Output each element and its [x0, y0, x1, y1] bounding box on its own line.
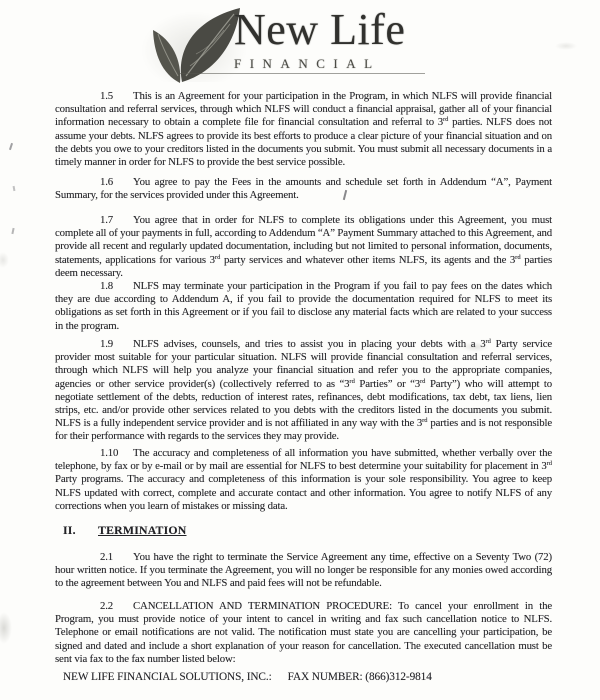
paragraph-number: 1.6	[100, 176, 133, 189]
section-title: TERMINATION	[98, 523, 187, 537]
scan-artifact	[13, 186, 16, 191]
paragraph-1-9: 1.9NLFS advises, counsels, and tries to …	[55, 338, 552, 444]
paragraph-number: 1.5	[100, 90, 133, 103]
scanned-agreement-page: New Life FINANCIAL 1.5This is an Agreeme…	[0, 0, 600, 700]
logo-subtitle: FINANCIAL	[234, 57, 381, 70]
paragraph-number: 2.2	[100, 600, 133, 613]
paragraph-1-6: 1.6You agree to pay the Fees in the amou…	[55, 176, 552, 202]
paragraph-number: 1.7	[100, 214, 133, 227]
fax-number: FAX NUMBER: (866)312-9814	[288, 671, 432, 683]
scan-artifact	[0, 252, 9, 268]
logo-underline	[180, 73, 425, 74]
paragraph-1-5: 1.5This is an Agreement for your partici…	[55, 90, 552, 169]
paragraph-number: 2.1	[100, 551, 133, 564]
paragraph-text: NLFS advises, counsels, and tries to ass…	[55, 338, 552, 442]
scan-artifact	[0, 612, 12, 644]
document-footer: NEW LIFE FINANCIAL SOLUTIONS, INC.: FAX …	[63, 671, 583, 683]
scan-artifact	[9, 143, 13, 150]
logo-wordmark: New Life	[234, 8, 405, 52]
scan-artifact	[555, 42, 577, 50]
paragraph-number: 1.9	[100, 338, 133, 351]
company-logo: New Life FINANCIAL	[150, 4, 450, 90]
company-name: NEW LIFE FINANCIAL SOLUTIONS, INC.:	[63, 671, 272, 683]
paragraph-number: 1.8	[100, 280, 133, 293]
paragraph-number: 1.10	[100, 447, 133, 460]
termination-section-heading: II.TERMINATION	[55, 523, 560, 538]
section-number: II.	[63, 523, 98, 538]
paragraph-2-2: 2.2CANCELLATION AND TERMINATION PROCEDUR…	[55, 600, 552, 666]
paragraph-1-8: 1.8NLFS may terminate your participation…	[55, 280, 552, 333]
paragraph-1-7: 1.7You agree that in order for NLFS to c…	[55, 214, 552, 280]
paragraph-2-1: 2.1You have the right to terminate the S…	[55, 551, 552, 591]
scan-artifact	[11, 228, 14, 234]
paragraph-1-10: 1.10The accuracy and completeness of all…	[55, 447, 552, 513]
